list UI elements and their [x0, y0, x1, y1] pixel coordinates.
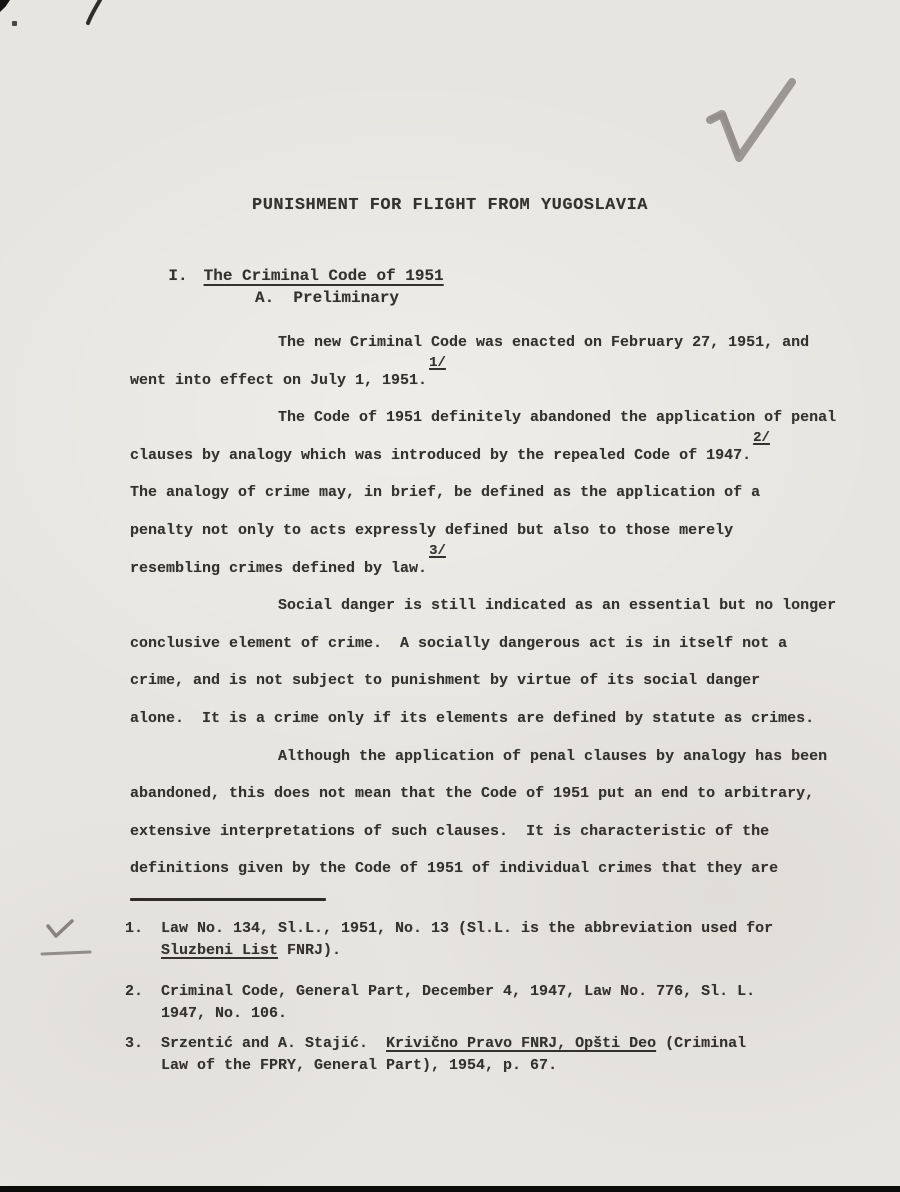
footnote-1: 1. Law No. 134, Sl.L., 1951, No. 13 (Sl.…: [125, 918, 845, 962]
footnote-1-text-a: Law No. 134, Sl.L., 1951, No. 13 (Sl.L. …: [161, 920, 773, 937]
paragraph-2-text-b: The analogy of crime may, in brief, be d…: [130, 484, 760, 576]
footnote-1-number: 1.: [125, 918, 161, 962]
document-body: The new Criminal Code was enacted on Feb…: [130, 324, 870, 888]
footnote-3: 3. Srzentić and A. Stajić. Krivično Prav…: [125, 1033, 845, 1077]
scan-speck-artifact: [12, 21, 17, 26]
footnote-mark-2: 2/: [753, 430, 770, 446]
footnote-2: 2. Criminal Code, General Part, December…: [125, 981, 845, 1025]
scan-corner-artifact: [0, 0, 10, 12]
footnote-2-text-a: Criminal Code, General Part, December 4,…: [161, 983, 755, 1022]
scanned-document-page: PUNISHMENT FOR FLIGHT FROM YUGOSLAVIA I.…: [0, 0, 900, 1192]
footnote-3-text: Srzentić and A. Stajić. Krivično Pravo F…: [161, 1033, 746, 1077]
pen-stroke-icon: [80, 0, 106, 26]
section-number: I.: [168, 267, 187, 285]
check-mark-icon: [40, 918, 98, 962]
paragraph-1: The new Criminal Code was enacted on Feb…: [130, 324, 870, 399]
footnote-mark-3: 3/: [429, 543, 446, 559]
footnote-separator-line: [130, 898, 326, 901]
footnote-3-number: 3.: [125, 1033, 161, 1077]
paragraph-3-text: Social danger is still indicated as an e…: [130, 597, 836, 727]
footnote-3-underlined-title: Krivično Pravo FNRJ, Opšti Deo: [386, 1035, 656, 1052]
footnote-1-underlined-title: Sluzbeni List: [161, 942, 278, 959]
document-title: PUNISHMENT FOR FLIGHT FROM YUGOSLAVIA: [0, 196, 900, 215]
paragraph-2-text-a: The Code of 1951 definitely abandoned th…: [130, 409, 836, 464]
section-title: The Criminal Code of 1951: [204, 267, 444, 285]
footnote-mark-1: 1/: [429, 355, 446, 371]
footnote-2-number: 2.: [125, 981, 161, 1025]
check-mark-icon: [694, 76, 798, 168]
footnote-3-text-a: Srzentić and A. Stajić.: [161, 1035, 386, 1052]
subsection-heading: A. Preliminary: [255, 289, 399, 307]
scan-edge-bottom: [0, 1186, 900, 1192]
footnote-2-text: Criminal Code, General Part, December 4,…: [161, 981, 755, 1025]
paragraph-1-text: The new Criminal Code was enacted on Feb…: [130, 334, 809, 389]
paragraph-2: The Code of 1951 definitely abandoned th…: [130, 399, 870, 587]
paragraph-4-text: Although the application of penal clause…: [130, 748, 827, 878]
footnote-1-text: Law No. 134, Sl.L., 1951, No. 13 (Sl.L. …: [161, 918, 773, 962]
paragraph-3: Social danger is still indicated as an e…: [130, 587, 870, 737]
paragraph-4: Although the application of penal clause…: [130, 738, 870, 888]
footnote-1-text-b: FNRJ).: [278, 942, 341, 959]
